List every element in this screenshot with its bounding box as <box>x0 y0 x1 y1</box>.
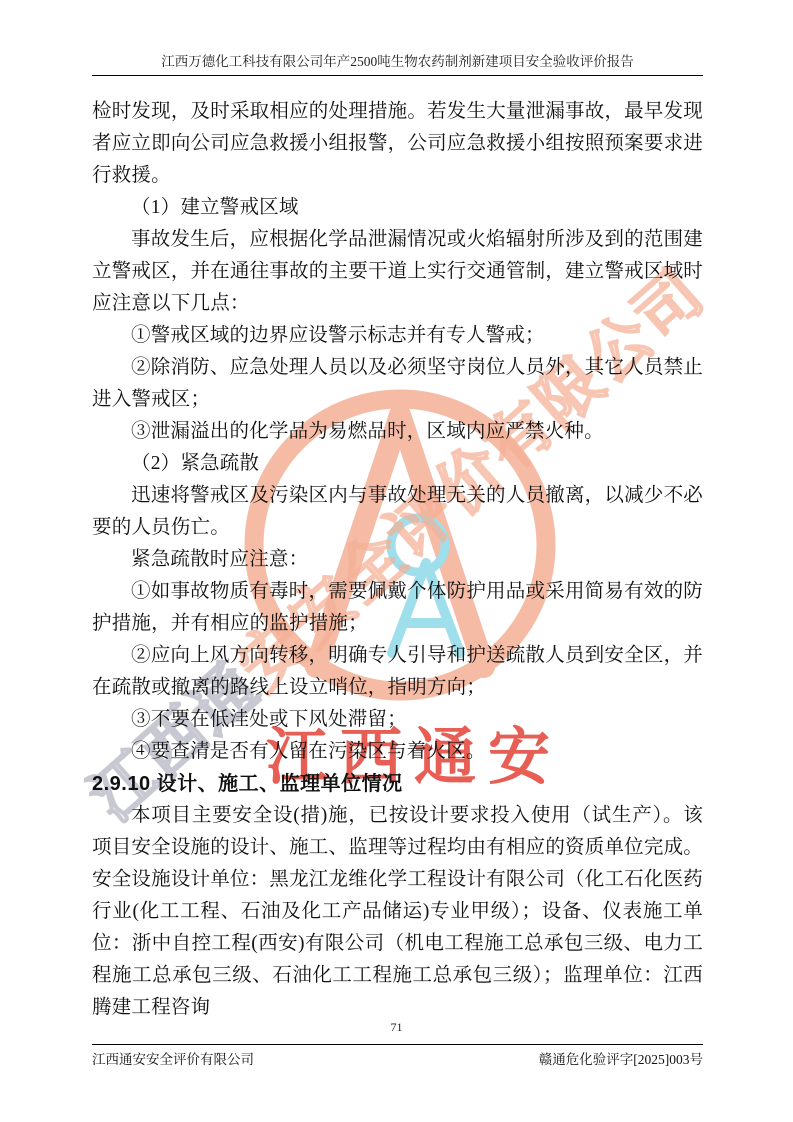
body-paragraph: ③不要在低洼处或下风处滞留； <box>92 704 703 736</box>
footer-company: 江西通安安全评价有限公司 <box>92 1048 254 1068</box>
body-paragraph: ①如事故物质有毒时，需要佩戴个体防护用品或采用简易有效的防护措施，并有相应的监护… <box>92 576 703 640</box>
body-paragraph: ②除消防、应急处理人员以及必须坚守岗位人员外，其它人员禁止进入警戒区； <box>92 352 703 416</box>
page-footer: 江西通安安全评价有限公司 赣通危化验评字[2025]003号 <box>92 1048 703 1068</box>
body-paragraph: ②应向上风方向转移，明确专人引导和护送疏散人员到安全区，并在疏散或撤离的路线上设… <box>92 640 703 704</box>
body-paragraph: 检时发现，及时采取相应的处理措施。若发生大量泄漏事故，最早发现者应立即向公司应急… <box>92 96 703 192</box>
document-body: 检时发现，及时采取相应的处理措施。若发生大量泄漏事故，最早发现者应立即向公司应急… <box>92 96 703 1024</box>
body-paragraph: ④要查清是否有人留在污染区与着火区。 <box>92 736 703 768</box>
page-number: 71 <box>0 1020 793 1035</box>
body-paragraph: 本项目主要安全设(措)施，已按设计要求投入使用（试生产）。该项目安全设施的设计、… <box>92 800 703 1024</box>
document-page: 江西通安安全评价有限公司 江西通安 江西万德化工科技有限公司年产2500吨生物农… <box>0 0 793 1122</box>
body-paragraph: （2）紧急疏散 <box>92 448 703 480</box>
body-paragraph: 紧急疏散时应注意： <box>92 544 703 576</box>
footer-rule <box>92 1044 703 1045</box>
body-paragraph: ①警戒区域的边界应设警示标志并有专人警戒； <box>92 320 703 352</box>
body-paragraph: ③泄漏溢出的化学品为易燃品时，区域内应严禁火种。 <box>92 416 703 448</box>
body-paragraph: 事故发生后，应根据化学品泄漏情况或火焰辐射所涉及到的范围建立警戒区，并在通往事故… <box>92 224 703 320</box>
body-paragraph: 迅速将警戒区及污染区内与事故处理无关的人员撤离，以减少不必要的人员伤亡。 <box>92 480 703 544</box>
footer-doc-number: 赣通危化验评字[2025]003号 <box>539 1048 703 1068</box>
section-heading: 2.9.10 设计、施工、监理单位情况 <box>92 768 703 800</box>
body-paragraph: （1）建立警戒区域 <box>92 192 703 224</box>
